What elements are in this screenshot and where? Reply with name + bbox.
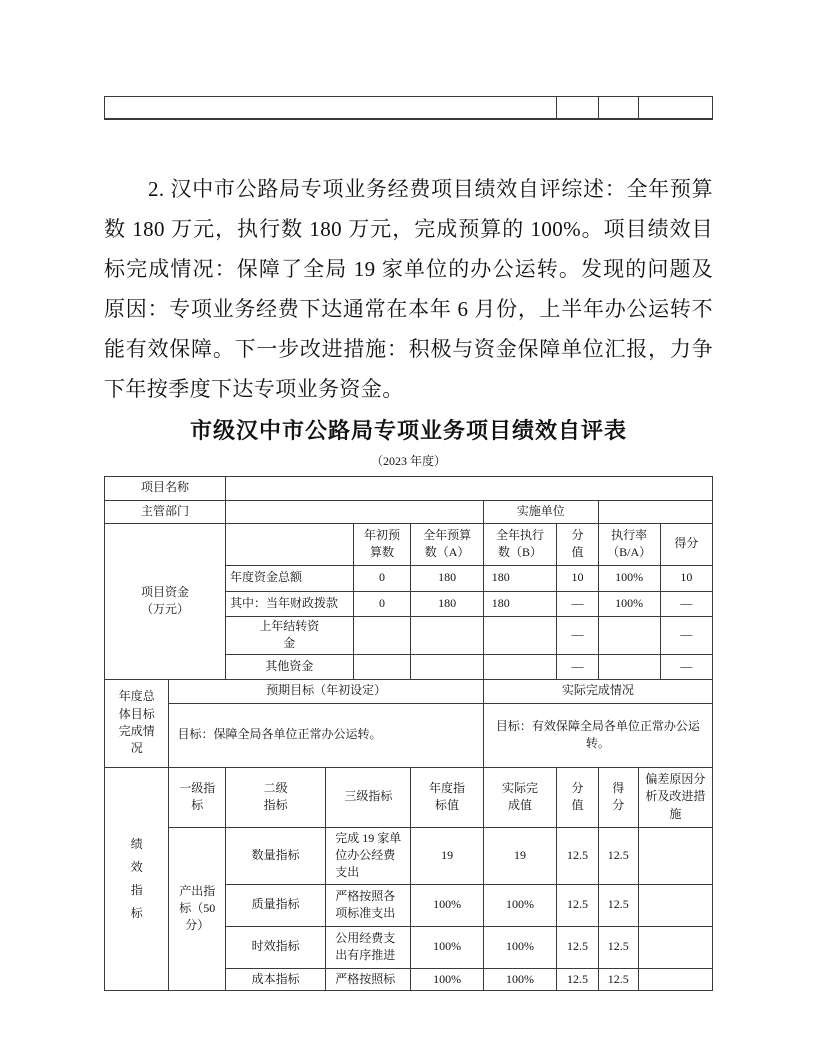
funds-initial-cell	[353, 616, 411, 654]
table-row	[105, 97, 713, 119]
weight-value-cell: 12.5	[557, 968, 598, 990]
self-eval-table: 项目名称 主管部门 实施单位 项目资金（万元） 年初预算数 全年预算数（A） 全	[104, 476, 713, 992]
table-row: 项目名称	[105, 476, 713, 500]
funds-exec-cell	[483, 616, 557, 654]
project-name-label-cell: 项目名称	[105, 476, 226, 500]
funds-rate-cell	[598, 616, 660, 654]
actual-completion-text-cell: 目标：有效保障全局各单位正常办公运转。	[483, 703, 712, 767]
funds-header-rate-cell: 执行率（B/A）	[598, 523, 660, 565]
fragment-cell	[105, 97, 557, 119]
funds-initial-cell: 0	[353, 591, 411, 616]
level1-indicator-cell: 产出指标（50分）	[169, 827, 226, 991]
funds-score-cell: 10	[660, 565, 712, 591]
level2-indicator-cell: 数量指标	[225, 827, 325, 884]
table-row: 绩效指标 一级指标 二级指标 三级指标 年度指标值 实际完成值 分值 得分 偏差…	[105, 767, 713, 827]
table-row: 产出指标（50分） 数量指标 完成 19 家单位办公经费支出 19 19 12.…	[105, 827, 713, 884]
level2-header-cell: 二级指标	[225, 767, 325, 827]
fragment-cell	[638, 97, 712, 119]
score-value-cell: 12.5	[598, 827, 638, 884]
page-subtitle: （2023 年度）	[104, 452, 713, 469]
weight-value-cell: 12.5	[557, 884, 598, 926]
level3-indicator-cell: 完成 19 家单位办公经费支出	[326, 827, 411, 884]
expected-goal-header-cell: 预期目标（年初设定）	[169, 679, 483, 703]
impl-unit-value-cell	[598, 500, 712, 523]
funds-score-cell: —	[660, 591, 712, 616]
target-value-cell: 100%	[411, 884, 483, 926]
score-value-cell: 12.5	[598, 884, 638, 926]
target-value-cell: 100%	[411, 926, 483, 968]
funds-row-label-cell: 其他资金	[225, 654, 353, 679]
goal-label-cell: 年度总体目标完成情况	[105, 679, 169, 767]
summary-paragraph: 2. 汉中市公路局专项业务经费项目绩效自评综述：全年预算数 180 万元，执行数…	[104, 169, 713, 409]
actual-value-cell: 19	[483, 827, 557, 884]
funds-row-label-cell: 其中：当年财政拨款	[225, 591, 353, 616]
eval-table-section-funds: 项目资金（万元） 年初预算数 全年预算数（A） 全年执行数（B） 分值 执行率（…	[104, 523, 713, 680]
score-header-cell: 得分	[598, 767, 638, 827]
document-page: 2. 汉中市公路局专项业务经费项目绩效自评综述：全年预算数 180 万元，执行数…	[0, 0, 816, 1056]
funds-header-weight-cell: 分值	[557, 523, 598, 565]
level3-indicator-cell: 严格按照标	[326, 968, 411, 990]
funds-weight-cell: —	[557, 616, 598, 654]
funds-row-label-cell: 上年结转资金	[225, 616, 353, 654]
eval-table-section-indicators: 绩效指标 一级指标 二级指标 三级指标 年度指标值 实际完成值 分值 得分 偏差…	[104, 767, 713, 992]
target-value-cell: 19	[411, 827, 483, 884]
funds-subheader-empty-cell	[225, 523, 353, 565]
funds-weight-cell: —	[557, 654, 598, 679]
fragment-cell	[598, 97, 638, 119]
weight-header-cell: 分值	[557, 767, 598, 827]
page-title: 市级汉中市公路局专项业务项目绩效自评表	[104, 414, 713, 445]
table-row: 主管部门 实施单位	[105, 500, 713, 523]
weight-value-cell: 12.5	[557, 926, 598, 968]
funds-budget-cell	[411, 616, 483, 654]
funds-initial-cell: 0	[353, 565, 411, 591]
dept-value-cell	[225, 500, 483, 523]
funds-exec-cell	[483, 654, 557, 679]
actual-value-cell: 100%	[483, 884, 557, 926]
funds-budget-cell: 180	[411, 591, 483, 616]
actual-value-cell: 100%	[483, 968, 557, 990]
funds-initial-cell	[353, 654, 411, 679]
indicators-label-cell: 绩效指标	[105, 767, 169, 991]
project-name-value-cell	[225, 476, 712, 500]
deviation-header-cell: 偏差原因分析及改进措施	[638, 767, 712, 827]
funds-rate-cell: 100%	[598, 565, 660, 591]
eval-table-section-goal: 年度总体目标完成情况 预期目标（年初设定） 实际完成情况 目标：保障全局各单位正…	[104, 679, 713, 768]
table-row: 目标：保障全局各单位正常办公运转。 目标：有效保障全局各单位正常办公运转。	[105, 703, 713, 767]
level3-header-cell: 三级指标	[326, 767, 411, 827]
previous-table-fragment	[104, 96, 713, 120]
funds-row-label-cell: 年度资金总额	[225, 565, 353, 591]
table-row: 年度总体目标完成情况 预期目标（年初设定） 实际完成情况	[105, 679, 713, 703]
funds-weight-cell: —	[557, 591, 598, 616]
impl-unit-label-cell: 实施单位	[483, 500, 598, 523]
deviation-cell	[638, 968, 712, 990]
funds-budget-cell	[411, 654, 483, 679]
level3-indicator-cell: 严格按照各项标准支出	[326, 884, 411, 926]
level2-indicator-cell: 时效指标	[225, 926, 325, 968]
score-value-cell: 12.5	[598, 968, 638, 990]
level3-indicator-cell: 公用经费支出有序推进	[326, 926, 411, 968]
level1-header-cell: 一级指标	[169, 767, 226, 827]
expected-goal-text-cell: 目标：保障全局各单位正常办公运转。	[169, 703, 483, 767]
actual-value-cell: 100%	[483, 926, 557, 968]
level2-indicator-cell: 质量指标	[225, 884, 325, 926]
deviation-cell	[638, 884, 712, 926]
deviation-cell	[638, 827, 712, 884]
eval-table-section-basic: 项目名称 主管部门 实施单位	[104, 476, 713, 524]
funds-header-initial-cell: 年初预算数	[353, 523, 411, 565]
funds-score-cell: —	[660, 616, 712, 654]
funds-rate-cell: 100%	[598, 591, 660, 616]
fragment-cell	[557, 97, 598, 119]
funds-budget-cell: 180	[411, 565, 483, 591]
level2-indicator-cell: 成本指标	[225, 968, 325, 990]
funds-header-exec-cell: 全年执行数（B）	[483, 523, 557, 565]
table-row: 项目资金（万元） 年初预算数 全年预算数（A） 全年执行数（B） 分值 执行率（…	[105, 523, 713, 565]
funds-score-cell: —	[660, 654, 712, 679]
funds-label-cell: 项目资金（万元）	[105, 523, 226, 679]
funds-weight-cell: 10	[557, 565, 598, 591]
actual-value-header-cell: 实际完成值	[483, 767, 557, 827]
actual-completion-header-cell: 实际完成情况	[483, 679, 712, 703]
target-value-cell: 100%	[411, 968, 483, 990]
funds-rate-cell	[598, 654, 660, 679]
weight-value-cell: 12.5	[557, 827, 598, 884]
score-value-cell: 12.5	[598, 926, 638, 968]
funds-exec-cell: 180	[483, 565, 557, 591]
dept-label-cell: 主管部门	[105, 500, 226, 523]
funds-header-score-cell: 得分	[660, 523, 712, 565]
funds-exec-cell: 180	[483, 591, 557, 616]
target-value-header-cell: 年度指标值	[411, 767, 483, 827]
funds-header-budget-cell: 全年预算数（A）	[411, 523, 483, 565]
deviation-cell	[638, 926, 712, 968]
